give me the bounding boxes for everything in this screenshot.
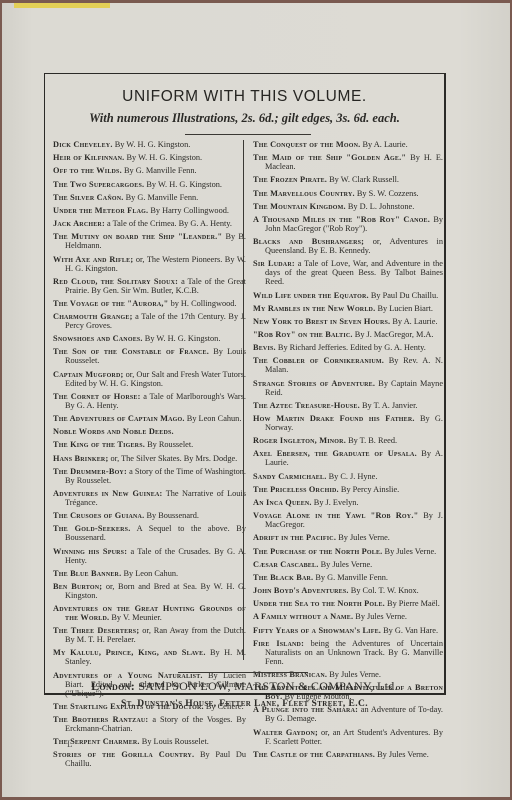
book-title: The Drummer-Boy: — [53, 467, 127, 476]
book-title: The Brothers Rantzau: — [53, 715, 148, 724]
book-entry: Captain Mugford; or, Our Salt and Fresh … — [53, 370, 246, 388]
book-title: Adventures in New Guinea: — [53, 489, 162, 498]
book-author: By S. W. Cozzens. — [357, 189, 419, 198]
book-entry: Hans Brinker; or, The Silver Skates. By … — [53, 454, 246, 463]
book-author: By A. Laurie. — [363, 140, 408, 149]
book-title: Noble Words and Noble Deeds. — [53, 427, 174, 436]
book-author: By W. Clark Russell. — [329, 175, 399, 184]
book-title: Blacks and Bushrangers; — [253, 237, 364, 246]
book-title: Strange Stories of Adventure. — [253, 379, 375, 388]
book-entry: Winning his Spurs: a Tale of the Crusade… — [53, 547, 246, 565]
book-title: The Marvellous Country. — [253, 189, 355, 198]
book-title: Off to the Wilds. — [53, 166, 122, 175]
book-title: Heir of Kilfinnan. — [53, 153, 124, 162]
book-title: Roger Ingleton, Minor. — [253, 436, 346, 445]
book-title: With Axe and Rifle; — [53, 255, 133, 264]
book-title: How Martin Drake Found his Father. — [253, 414, 415, 423]
book-title: The Aztec Treasure-House. — [253, 401, 360, 410]
book-author: By G. Manville Fenn. — [126, 193, 199, 202]
book-author: By G. Van Hare. — [383, 626, 438, 635]
book-entry: The Cobbler of Cornikeranium. By Rev. A.… — [253, 356, 443, 374]
book-entry: The Priceless Orchid. By Percy Ainslie. — [253, 485, 443, 494]
book-title: Sir Ludar: — [253, 259, 295, 268]
book-title: Bevis. — [253, 343, 276, 352]
book-entry: The Castle of the Carpathians. By Jules … — [253, 750, 443, 759]
book-title: The Adventures of Captain Mago. — [53, 414, 185, 423]
book-title: The Silver Cañon. — [53, 193, 124, 202]
book-author: By G. Manville Fenn. — [124, 166, 197, 175]
book-author: By J. Evelyn. — [314, 498, 359, 507]
book-title: The Voyage of the "Aurora," — [53, 299, 168, 308]
divider-rule — [178, 672, 308, 673]
book-author: By W. H. G. Kingston. — [146, 180, 222, 189]
book-entry: Off to the Wilds. By G. Manville Fenn. — [53, 166, 246, 175]
book-entry: Adventures in New Guinea: The Narrative … — [53, 489, 246, 507]
price-subtitle: With numerous Illustrations, 2s. 6d.; gi… — [45, 111, 444, 126]
book-author: by H. Collingwood. — [171, 299, 237, 308]
book-entry: My Kalulu, Prince, King, and Slave. By H… — [53, 648, 246, 666]
book-entry: Wild Life under the Equator. By Paul Du … — [253, 291, 443, 300]
book-entry: The Gold-Seekers. A Sequel to the above.… — [53, 524, 246, 542]
book-entry: Snowshoes and Canoes. By W. H. G. Kingst… — [53, 334, 246, 343]
book-author: By Pierre Maël. — [387, 599, 440, 608]
book-author: By A. Laurie. — [392, 317, 437, 326]
book-title: Winning his Spurs: — [53, 547, 127, 556]
book-author: By J. MacGregor, M.A. — [355, 330, 434, 339]
book-title: John Boyd's Adventures. — [253, 586, 349, 595]
book-author: By C. J. Hyne. — [329, 472, 378, 481]
book-entry: "Rob Roy" on the Baltic. By J. MacGregor… — [253, 330, 443, 339]
book-author: By Jules Verne. — [338, 533, 390, 542]
book-title: The Mountain Kingdom. — [253, 202, 346, 211]
book-entry: Charmouth Grange; a Tale of the 17th Cen… — [53, 312, 246, 330]
book-title: A Family without a Name. — [253, 612, 353, 621]
book-entry: Walter Gaydon; or, an Art Student's Adve… — [253, 728, 443, 746]
book-title: Jack Archer: — [53, 219, 105, 228]
book-title: Fire Island: — [253, 639, 304, 648]
book-entry: The Mutiny on board the Ship "Leander." … — [53, 232, 246, 250]
book-entry: The Adventures of Captain Mago. By Leon … — [53, 414, 246, 423]
book-entry: Jack Archer: a Tale of the Crimea. By G.… — [53, 219, 246, 228]
book-entry: The King of the Tigers. By Rousselet. — [53, 440, 246, 449]
book-entry: Sandy Carmichael. By C. J. Hyne. — [253, 472, 443, 481]
book-entry: The Aztec Treasure-House. By T. A. Janvi… — [253, 401, 443, 410]
book-author: By Col. T. W. Knox. — [351, 586, 419, 595]
book-author: By T. B. Reed. — [348, 436, 397, 445]
publisher-name: SAMPSON LOW, MARSTON & COMPANY, Ltd. — [138, 679, 398, 693]
book-author: By D. L. Johnstone. — [348, 202, 414, 211]
divider-rule — [185, 134, 311, 135]
book-author: By Boussenard. — [146, 511, 199, 520]
book-entry: Stories of the Gorilla Country. By Paul … — [53, 750, 246, 768]
book-entry: The Crusoes of Guiana. By Boussenard. — [53, 511, 246, 520]
book-title: A Thousand Miles in the "Rob Roy" Canoe. — [253, 215, 430, 224]
book-author: By G. Manville Fenn. — [315, 573, 388, 582]
book-title: Fifty Years of a Showman's Life. — [253, 626, 381, 635]
book-title: The Frozen Pirate. — [253, 175, 327, 184]
book-entry: The Blue Banner. By Leon Cahun. — [53, 569, 246, 578]
book-author: By Leon Cahun. — [187, 414, 242, 423]
book-title: My Kalulu, Prince, King, and Slave. — [53, 648, 206, 657]
column-divider — [243, 140, 244, 660]
book-entry: My Rambles in the New World. By Lucien B… — [253, 304, 443, 313]
book-entry: Adrift in the Pacific. By Jules Verne. — [253, 533, 443, 542]
book-title: The Serpent Charmer. — [53, 737, 140, 746]
book-author: By Jules Verne. — [377, 750, 429, 759]
book-title: Snowshoes and Canoes. — [53, 334, 143, 343]
book-title: Ben Burton; — [53, 582, 102, 591]
book-entry: Ben Burton; or, Born and Bred at Sea. By… — [53, 582, 246, 600]
book-title: My Rambles in the New World. — [253, 304, 375, 313]
book-author: By Jules Verne. — [321, 560, 373, 569]
book-title: Wild Life under the Equator. — [253, 291, 369, 300]
book-title: Hans Brinker; — [53, 454, 108, 463]
book-entry: Under the Meteor Flag. By Harry Collingw… — [53, 206, 246, 215]
book-author: By Jules Verne. — [385, 547, 437, 556]
book-title: The Conquest of the Moon. — [253, 140, 360, 149]
book-entry: Voyage Alone in the Yawl "Rob Roy." By J… — [253, 511, 443, 529]
book-entry: Cæsar Cascabel. By Jules Verne. — [253, 560, 443, 569]
book-entry: Fire Island: being the Adventures of Unc… — [253, 639, 443, 666]
book-entry: A Family without a Name. By Jules Verne. — [253, 612, 443, 621]
book-entry: A Thousand Miles in the "Rob Roy" Canoe.… — [253, 215, 443, 233]
book-entry: The Purchase of the North Pole. By Jules… — [253, 547, 443, 556]
book-title: The King of the Tigers. — [53, 440, 145, 449]
book-entry: John Boyd's Adventures. By Col. T. W. Kn… — [253, 586, 443, 595]
book-title: The Mutiny on board the Ship "Leander." — [53, 232, 222, 241]
book-entry: The Black Bar. By G. Manville Fenn. — [253, 573, 443, 582]
book-title: The Cornet of Horse: — [53, 392, 141, 401]
book-entry: The Marvellous Country. By S. W. Cozzens… — [253, 189, 443, 198]
book-title: Dick Cheveley. — [53, 140, 113, 149]
book-entry: The Two Supercargoes. By W. H. G. Kingst… — [53, 180, 246, 189]
book-title: Cæsar Cascabel. — [253, 560, 318, 569]
right-column: The Conquest of the Moon. By A. Laurie.T… — [253, 140, 443, 763]
book-entry: With Axe and Rifle; or, The Western Pion… — [53, 255, 246, 273]
book-author: By Jules Verne. — [329, 670, 381, 679]
book-entry: How Martin Drake Found his Father. By G.… — [253, 414, 443, 432]
book-entry: The Voyage of the "Aurora," by H. Collin… — [53, 299, 246, 308]
book-entry: Axel Ebersen, the Graduate of Upsala. By… — [253, 449, 443, 467]
book-title: The Son of the Constable of France. — [53, 347, 209, 356]
book-title: The Purchase of the North Pole. — [253, 547, 382, 556]
book-title: The Gold-Seekers. — [53, 524, 130, 533]
book-entry: Heir of Kilfinnan. By W. H. G. Kingston. — [53, 153, 246, 162]
book-title: Sandy Carmichael. — [253, 472, 327, 481]
book-title: Red Cloud, the Solitary Sioux: — [53, 277, 178, 286]
book-title: An Inca Queen. — [253, 498, 312, 507]
book-title: "Rob Roy" on the Baltic. — [253, 330, 353, 339]
book-title: The Crusoes of Guiana. — [53, 511, 144, 520]
book-author: By W. H. G. Kingston. — [145, 334, 221, 343]
book-title: The Priceless Orchid. — [253, 485, 339, 494]
book-author: By W. H. G. Kingston. — [115, 140, 191, 149]
book-entry: The Maid of the Ship "Golden Age." By H.… — [253, 153, 443, 171]
book-title: Walter Gaydon; — [253, 728, 318, 737]
book-title: The Blue Banner. — [53, 569, 121, 578]
book-author: By Harry Collingwood. — [150, 206, 229, 215]
book-title: The Two Supercargoes. — [53, 180, 144, 189]
book-entry: An Inca Queen. By J. Evelyn. — [253, 498, 443, 507]
book-entry: The Conquest of the Moon. By A. Laurie. — [253, 140, 443, 149]
book-entry: Strange Stories of Adventure. By Captain… — [253, 379, 443, 397]
page-title: UNIFORM WITH THIS VOLUME. — [45, 88, 444, 106]
book-title: The Three Deserters; — [53, 626, 139, 635]
bookmark-tab — [14, 3, 110, 8]
book-entry: The Drummer-Boy: a Story of the Time of … — [53, 467, 246, 485]
book-title: The Black Bar. — [253, 573, 313, 582]
book-entry: The Three Deserters; or, Ran Away from t… — [53, 626, 246, 644]
page-mark: L — [67, 739, 73, 749]
publisher-address: St. Dunstan's House, Fetter Lane, Fleet … — [45, 699, 444, 709]
book-title: Stories of the Gorilla Country. — [53, 750, 194, 759]
book-entry: The Frozen Pirate. By W. Clark Russell. — [253, 175, 443, 184]
book-title: The Cobbler of Cornikeranium. — [253, 356, 384, 365]
book-entry: Sir Ludar: a Tale of Love, War, and Adve… — [253, 259, 443, 286]
book-title: New York to Brest in Seven Hours. — [253, 317, 390, 326]
book-title: Charmouth Grange; — [53, 312, 133, 321]
book-title: Under the Meteor Flag. — [53, 206, 148, 215]
book-entry: Red Cloud, the Solitary Sioux: a Tale of… — [53, 277, 246, 295]
book-author: By Percy Ainslie. — [341, 485, 399, 494]
book-page: UNIFORM WITH THIS VOLUME. With numerous … — [2, 3, 510, 797]
book-title: Axel Ebersen, the Graduate of Upsala. — [253, 449, 417, 458]
book-title: Under the Sea to the North Pole. — [253, 599, 385, 608]
book-author: or, The Silver Skates. By Mrs. Dodge. — [111, 454, 238, 463]
book-author: By V. Meunier. — [111, 613, 161, 622]
book-author: By Paul Du Chaillu. — [371, 291, 438, 300]
book-entry: The Silver Cañon. By G. Manville Fenn. — [53, 193, 246, 202]
book-title: The Maid of the Ship "Golden Age." — [253, 153, 406, 162]
book-title: The Castle of the Carpathians. — [253, 750, 375, 759]
book-author: By Richard Jefferies. Edited by G. A. He… — [278, 343, 426, 352]
book-title: Captain Mugford; — [53, 370, 123, 379]
book-entry: New York to Brest in Seven Hours. By A. … — [253, 317, 443, 326]
book-entry: Fifty Years of a Showman's Life. By G. V… — [253, 626, 443, 635]
book-author: By Louis Rousselet. — [142, 737, 209, 746]
book-title: Voyage Alone in the Yawl "Rob Roy." — [253, 511, 418, 520]
book-entry: Blacks and Bushrangers; or, Adventures i… — [253, 237, 443, 255]
book-entry: The Serpent Charmer. By Louis Rousselet. — [53, 737, 246, 746]
book-author: By Rousselet. — [147, 440, 193, 449]
book-author: By Leon Cahun. — [123, 569, 178, 578]
book-entry: The Brothers Rantzau: a Story of the Vos… — [53, 715, 246, 733]
book-entry: Noble Words and Noble Deeds. — [53, 427, 246, 436]
publisher-line: London: SAMPSON LOW, MARSTON & COMPANY, … — [45, 679, 444, 694]
book-author: By T. A. Janvier. — [362, 401, 417, 410]
book-entry: Roger Ingleton, Minor. By T. B. Reed. — [253, 436, 443, 445]
book-entry: Under the Sea to the North Pole. By Pier… — [253, 599, 443, 608]
book-entry: Adventures on the Great Hunting Grounds … — [53, 604, 246, 622]
book-title: Adrift in the Pacific. — [253, 533, 336, 542]
book-author: By Jules Verne. — [355, 612, 407, 621]
advertisement-frame: UNIFORM WITH THIS VOLUME. With numerous … — [44, 73, 446, 695]
book-entry: The Mountain Kingdom. By D. L. Johnstone… — [253, 202, 443, 211]
book-author: By Lucien Biart. — [377, 304, 433, 313]
left-column: Dick Cheveley. By W. H. G. Kingston.Heir… — [53, 140, 246, 773]
book-author: By W. H. G. Kingston. — [126, 153, 202, 162]
book-author: a Tale of the Crimea. By G. A. Henty. — [107, 219, 232, 228]
publisher-city: London: — [91, 679, 135, 693]
book-entry: The Son of the Constable of France. By L… — [53, 347, 246, 365]
book-entry: Dick Cheveley. By W. H. G. Kingston. — [53, 140, 246, 149]
book-entry: Bevis. By Richard Jefferies. Edited by G… — [253, 343, 443, 352]
book-entry: The Cornet of Horse: a Tale of Marlborou… — [53, 392, 246, 410]
